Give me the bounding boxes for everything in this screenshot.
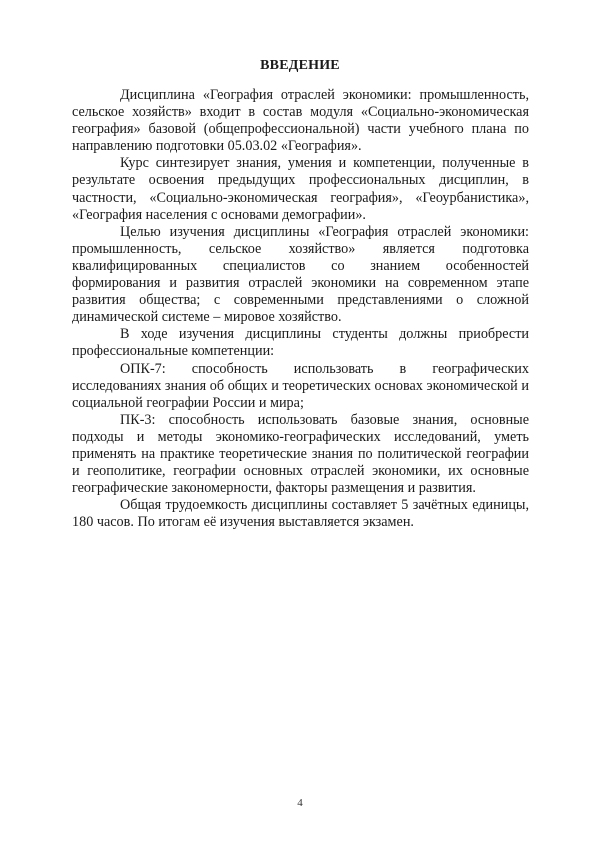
paragraph-workload: Общая трудоемкость дисциплины составляет… bbox=[72, 497, 529, 531]
paragraph-competency-pk3: ПК-3: способность использовать базовые з… bbox=[72, 412, 529, 497]
paragraph-discipline-intro: Дисциплина «География отраслей экономики… bbox=[72, 87, 529, 155]
paragraph-course-goal: Целью изучения дисциплины «География отр… bbox=[72, 224, 529, 327]
paragraph-course-synthesis: Курс синтезирует знания, умения и компет… bbox=[72, 155, 529, 223]
document-page: ВВЕДЕНИЕ Дисциплина «География отраслей … bbox=[0, 0, 600, 848]
document-body: Дисциплина «География отраслей экономики… bbox=[72, 87, 529, 531]
paragraph-competencies-intro: В ходе изучения дисциплины студенты долж… bbox=[72, 326, 529, 360]
page-number: 4 bbox=[0, 797, 600, 809]
paragraph-competency-opk7: ОПК-7: способность использовать в геогра… bbox=[72, 361, 529, 412]
page-title: ВВЕДЕНИЕ bbox=[0, 58, 600, 74]
